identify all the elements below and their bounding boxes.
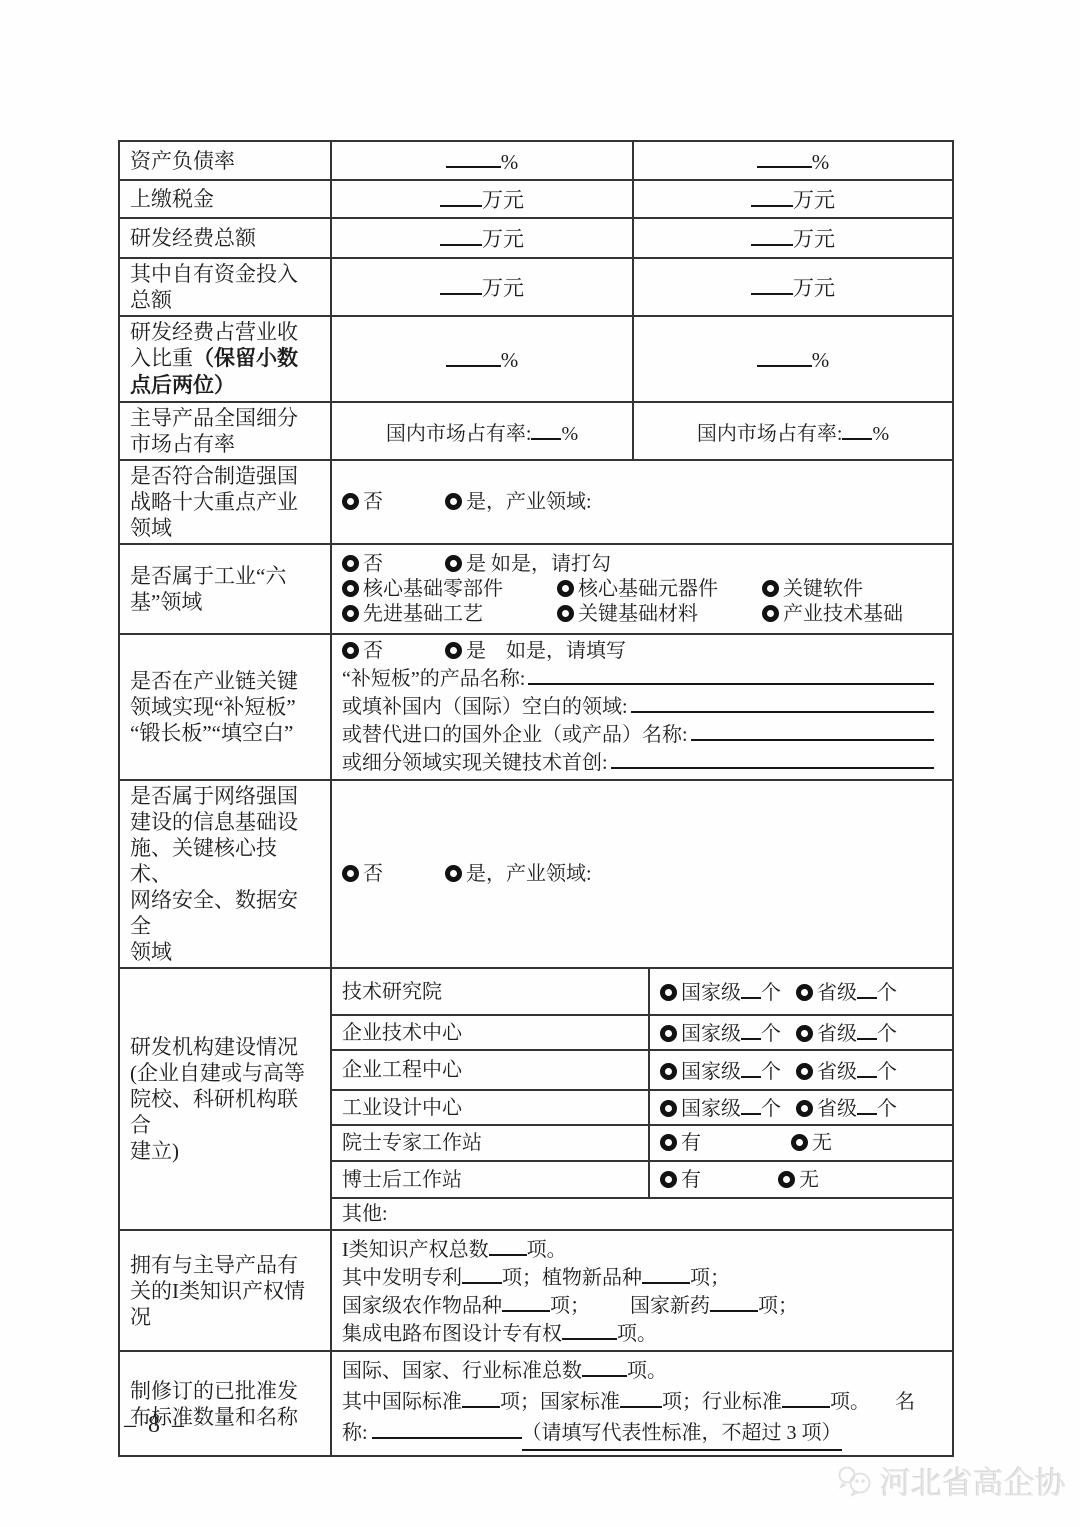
blank-field[interactable] [710,1291,758,1312]
radio-icon[interactable] [342,605,359,622]
option-key-materials[interactable]: 关键基础材料 [557,602,762,626]
institution-level-cell: 国家级个 省级个 [649,1090,953,1125]
radio-icon[interactable] [342,493,359,510]
blank-field[interactable] [857,1019,877,1040]
radio-icon[interactable] [660,1100,677,1117]
watermark-text: 河北省高企协 [880,1458,1066,1503]
row-label-cyber-power: 是否属于网络强国 建设的信息基础设 施、关键核心技术、 网络安全、数据安全 领域 [119,780,331,968]
table-row: 上缴税金 万元 万元 [119,180,953,218]
institution-level-cell: 国家级个 省级个 [649,1050,953,1090]
table-row: 研发经费占营业收入比重（保留小数点后两位） % % [119,316,953,402]
radio-icon[interactable] [445,493,462,510]
radio-icon[interactable] [791,1134,808,1151]
blank-field[interactable] [741,1019,761,1040]
unit-percent: % [501,149,519,173]
institution-enterprise-tech-center: 企业技术中心 [331,1015,649,1050]
unit-percent: % [812,149,830,173]
table-row: 研发机构建设情况 (企业自建或与高等 院校、科研机构联合 建立) 技术研究院 国… [119,968,953,1015]
blank-field[interactable] [582,1356,627,1377]
row-label-own-funds: 其中自有资金投入 总额 [119,258,331,316]
institution-level-cell: 国家级个 省级个 [649,968,953,1015]
row-label-ipr: 拥有与主导产品有 关的I类知识产权情 况 [119,1230,331,1351]
blank-field[interactable] [620,1387,662,1408]
field-label: 或填补国内（国际）空白的领域: [342,695,628,719]
institution-level-cell: 国家级个 省级个 [649,1015,953,1050]
unit-percent: % [812,348,830,372]
enterprise-metrics-table: 资产负债率 % % 上缴税金 万元 万元 研发经费总额 万元 万元 其中自有资金… [118,140,954,1457]
table-row: 是否属于工业“六 基”领域 否 是 如是，请打勾 核心基础零部件 核心基础元器件… [119,544,953,634]
rd-ratio-year2-cell: % [633,316,953,402]
radio-icon[interactable] [796,1063,813,1080]
six-bases-cell: 否 是 如是，请打勾 核心基础零部件 核心基础元器件 关键软件 先进基础工艺 关… [331,544,953,634]
rd-expense-year1-cell: 万元 [331,218,633,258]
unit-wanyuan: 万元 [482,227,524,251]
unit-wanyuan: 万元 [482,276,524,300]
blank-field[interactable] [489,1235,527,1256]
blank-field[interactable] [691,720,934,741]
blank-field[interactable] [782,1387,830,1408]
radio-icon[interactable] [660,984,677,1001]
blank-field[interactable] [528,664,934,685]
radio-icon[interactable] [445,865,462,882]
institution-enterprise-engineering-center: 企业工程中心 [331,1050,649,1090]
radio-icon[interactable] [445,642,462,659]
radio-icon[interactable] [660,1171,677,1188]
row-label-debt-ratio: 资产负债率 [119,141,331,180]
radio-icon[interactable] [762,580,779,597]
wechat-icon [836,1464,876,1498]
unit-wanyuan: 万元 [793,276,835,300]
option-provincial-level[interactable]: 省级个 [796,978,897,1005]
cyber-power-cell: 否 是，产业领域: [331,780,953,968]
option-key-software[interactable]: 关键软件 [762,577,863,601]
radio-icon[interactable] [660,1134,677,1151]
blank-field[interactable] [751,224,793,246]
row-label-rd-institutions: 研发机构建设情况 (企业自建或与高等 院校、科研机构联合 建立) [119,968,331,1230]
blank-field[interactable] [757,345,812,367]
manufacturing-power-cell: 否 是，产业领域: [331,460,953,544]
radio-icon[interactable] [778,1171,795,1188]
option-yes[interactable]: 是，产业领域: [445,490,592,514]
blank-field[interactable] [741,1057,761,1078]
row-label-rd-ratio: 研发经费占营业收入比重（保留小数点后两位） [119,316,331,402]
unit-wanyuan: 万元 [482,188,524,212]
tax-year1-cell: 万元 [331,180,633,218]
option-no[interactable]: 否 [342,639,383,663]
option-provincial-level[interactable]: 省级个 [796,1019,897,1046]
option-provincial-level[interactable]: 省级个 [796,1057,897,1084]
blank-field[interactable] [741,1094,761,1115]
option-core-components[interactable]: 核心基础零部件 [342,577,557,601]
page-number: – 8 – [124,1412,187,1439]
ipr-cell: I类知识产权总数项。 其中发明专利项；植物新品种项； 国家级农作物品种项；国家新… [331,1230,953,1351]
option-core-elements[interactable]: 核心基础元器件 [557,577,762,601]
own-funds-year2-cell: 万元 [633,258,953,316]
option-no[interactable]: 否 [342,552,383,576]
blank-field[interactable] [857,978,877,999]
option-national-level[interactable]: 国家级个 [660,978,781,1005]
row-label-supply-chain: 是否在产业链关键 领域实现“补短板” “锻长板”“填空白” [119,634,331,780]
blank-field[interactable] [857,1094,877,1115]
table-row: 制修订的已批准发 布标准数量和名称 国际、国家、行业标准总数项。 其中国际标准项… [119,1351,953,1456]
option-have[interactable]: 有 [660,1168,701,1192]
watermark: 河北省高企协 [836,1458,1066,1503]
option-no[interactable]: 否 [342,490,383,514]
institution-industrial-design-center: 工业设计中心 [331,1090,649,1125]
option-none[interactable]: 无 [791,1131,832,1155]
station-have-none-cell: 有 无 [649,1125,953,1161]
blank-field[interactable] [751,273,793,295]
radio-icon[interactable] [557,580,574,597]
standards-note: （请填写代表性标准，不超过 3 项） [522,1419,842,1451]
supply-chain-cell: 否 是 如是，请填写 “补短板”的产品名称: 或填补国内（国际）空白的领域: 或… [331,634,953,780]
radio-icon[interactable] [660,1063,677,1080]
debt-ratio-year2-cell: % [633,141,953,180]
radio-icon[interactable] [342,642,359,659]
market-share-year1-cell: 国内市场占有率:% [331,402,633,460]
table-row: 其中自有资金投入 总额 万元 万元 [119,258,953,316]
blank-field[interactable] [751,185,793,207]
blank-field[interactable] [462,1263,502,1284]
table-row: 是否符合制造强国 战略十大重点产业 领域 否 是，产业领域: [119,460,953,544]
rd-expense-year2-cell: 万元 [633,218,953,258]
blank-field[interactable] [611,748,934,769]
radio-icon[interactable] [342,580,359,597]
radio-icon[interactable] [445,555,462,572]
field-label: 或替代进口的国外企业（或产品）名称: [342,723,688,747]
row-label-standards: 制修订的已批准发 布标准数量和名称 [119,1351,331,1456]
unit-wanyuan: 万元 [793,227,835,251]
blank-field[interactable] [446,345,501,367]
own-funds-year1-cell: 万元 [331,258,633,316]
table-row: 研发经费总额 万元 万元 [119,218,953,258]
radio-icon[interactable] [660,1025,677,1042]
unit-percent: % [872,423,889,445]
radio-icon[interactable] [342,865,359,882]
table-row: 拥有与主导产品有 关的I类知识产权情 况 I类知识产权总数项。 其中发明专利项；… [119,1230,953,1351]
blank-field[interactable] [531,419,561,440]
row-label-rd-expense-total: 研发经费总额 [119,218,331,258]
debt-ratio-year1-cell: % [331,141,633,180]
station-have-none-cell: 有 无 [649,1161,953,1198]
option-have[interactable]: 有 [660,1131,701,1155]
standards-cell: 国际、国家、行业标准总数项。 其中国际标准项；国家标准项；行业标准项。名 称:（… [331,1351,953,1456]
option-none[interactable]: 无 [778,1168,819,1192]
option-national-level[interactable]: 国家级个 [660,1094,781,1121]
table-row: 主导产品全国细分 市场占有率 国内市场占有率:% 国内市场占有率:% [119,402,953,460]
option-provincial-level[interactable]: 省级个 [796,1094,897,1121]
unit-percent: % [501,348,519,372]
tax-year2-cell: 万元 [633,180,953,218]
institution-tech-research-institute: 技术研究院 [331,968,649,1015]
blank-field[interactable] [462,1387,500,1408]
market-share-year2-cell: 国内市场占有率:% [633,402,953,460]
option-yes[interactable]: 是，产业领域: [445,862,592,886]
field-label: 其他: [342,1203,388,1225]
row-label-market-share: 主导产品全国细分 市场占有率 [119,402,331,460]
institution-other-cell: 其他: [331,1198,953,1230]
option-industrial-tech-base[interactable]: 产业技术基础 [762,602,903,626]
institution-postdoc-workstation: 博士后工作站 [331,1161,649,1198]
field-label: 或细分领域实现关键技术首创: [342,751,608,775]
option-national-level[interactable]: 国家级个 [660,1019,781,1046]
blank-field[interactable] [440,273,482,295]
blank-field[interactable] [502,1291,550,1312]
rd-ratio-year1-cell: % [331,316,633,402]
blank-field[interactable] [642,1263,690,1284]
radio-icon[interactable] [796,1025,813,1042]
option-national-level[interactable]: 国家级个 [660,1057,781,1084]
radio-icon[interactable] [796,1100,813,1117]
row-label-six-bases: 是否属于工业“六 基”领域 [119,544,331,634]
table-row: 是否属于网络强国 建设的信息基础设 施、关键核心技术、 网络安全、数据安全 领域… [119,780,953,968]
option-yes[interactable]: 是 如是，请填写 [445,639,626,663]
blank-field[interactable] [842,419,872,440]
unit-wanyuan: 万元 [793,188,835,212]
option-yes[interactable]: 是 如是，请打勾 [445,552,611,576]
blank-field[interactable] [446,147,501,169]
institution-academician-workstation: 院士专家工作站 [331,1125,649,1161]
blank-field[interactable] [857,1057,877,1078]
blank-field[interactable] [631,692,934,713]
blank-field[interactable] [757,147,812,169]
option-advanced-process[interactable]: 先进基础工艺 [342,602,557,626]
market-share-prefix: 国内市场占有率: [386,423,532,445]
blank-field[interactable] [562,1319,617,1340]
row-label-tax-paid: 上缴税金 [119,180,331,218]
radio-icon[interactable] [762,605,779,622]
table-row: 是否在产业链关键 领域实现“补短板” “锻长板”“填空白” 否 是 如是，请填写… [119,634,953,780]
radio-icon[interactable] [796,984,813,1001]
blank-field[interactable] [440,185,482,207]
blank-field[interactable] [440,224,482,246]
market-share-prefix: 国内市场占有率: [697,423,843,445]
blank-field[interactable] [372,1418,522,1439]
option-no[interactable]: 否 [342,862,383,886]
scanned-form-page: 资产负债率 % % 上缴税金 万元 万元 研发经费总额 万元 万元 其中自有资金… [0,0,1080,1527]
radio-icon[interactable] [342,555,359,572]
field-label: “补短板”的产品名称: [342,667,525,691]
table-row: 资产负债率 % % [119,141,953,180]
blank-field[interactable] [741,978,761,999]
unit-percent: % [561,423,578,445]
radio-icon[interactable] [557,605,574,622]
row-label-manufacturing-power: 是否符合制造强国 战略十大重点产业 领域 [119,460,331,544]
